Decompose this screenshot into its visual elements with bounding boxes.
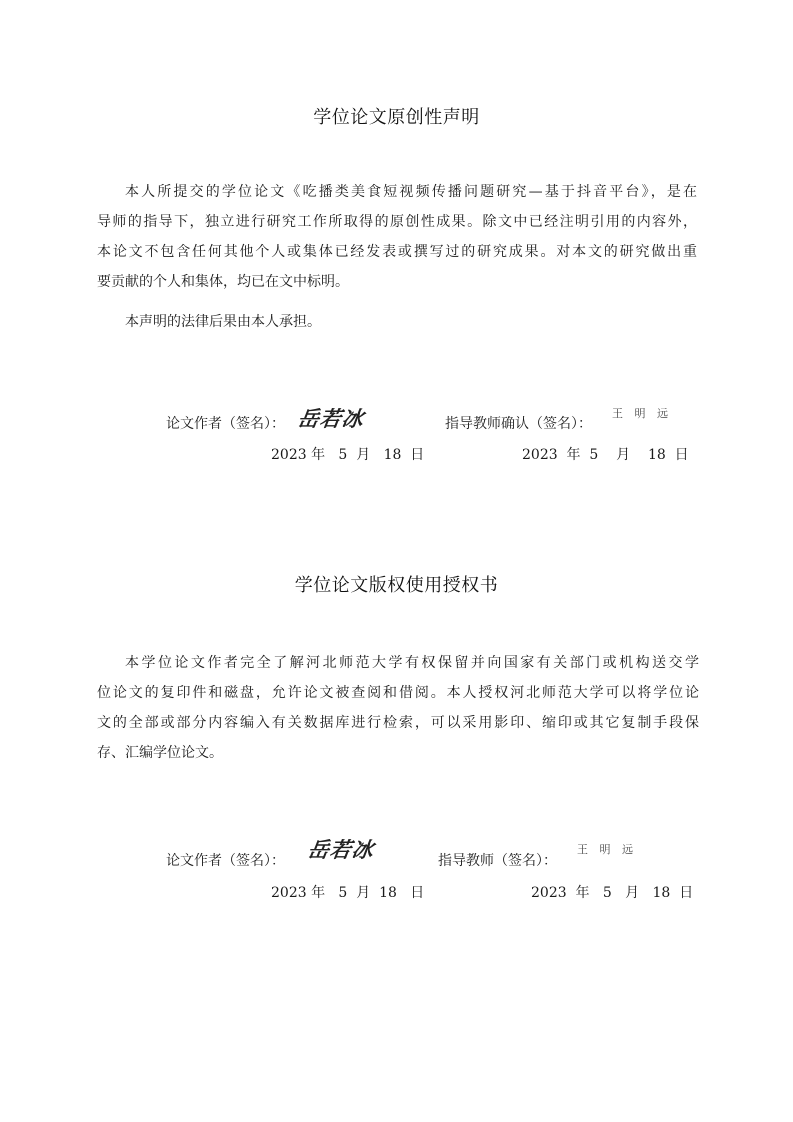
- declaration-line-1: 本人所提交的学位论文《吃播类美食短视频传播问题研究—基于抖音平台》，是在: [97, 177, 697, 207]
- declaration-advisor-signature: 王 明 远: [612, 405, 672, 421]
- declaration-author-date: 2023 年 5 月 18 日: [271, 444, 424, 464]
- declaration-advisor-sign-label: 指导教师确认（签名）：: [445, 413, 592, 433]
- declaration-line-3: 本论文不包含任何其他个人或集体已经发表或撰写过的研究成果。对本文的研究做出重: [97, 237, 697, 267]
- authorization-line-3: 文的全部或部分内容编入有关数据库进行检索，可以采用影印、缩印或其它复制手段保: [97, 708, 699, 738]
- declaration-line-4: 要贡献的个人和集体，均已在文中标明。: [97, 267, 697, 297]
- document-page: 学位论文原创性声明 本人所提交的学位论文《吃播类美食短视频传播问题研究—基于抖音…: [0, 0, 793, 1122]
- declaration-author-sign-label: 论文作者（签名）：: [166, 413, 285, 433]
- authorization-advisor-sign-label: 指导教师（签名）：: [438, 850, 557, 870]
- authorization-line-4: 存、汇编学位论文。: [97, 738, 699, 768]
- authorization-advisor-signature: 王 明 远: [577, 841, 637, 857]
- declaration-legal-paragraph: 本声明的法律后果由本人承担。: [125, 307, 685, 337]
- authorization-author-sign-label: 论文作者（签名）：: [166, 850, 285, 870]
- authorization-author-date: 2023 年 5 月 18 日: [271, 882, 424, 902]
- authorization-paragraph: 本学位论文作者完全了解河北师范大学有权保留并向国家有关部门或机构送交学 位论文的…: [97, 648, 699, 768]
- declaration-legal-line: 本声明的法律后果由本人承担。: [125, 307, 685, 337]
- authorization-author-signature: 岳若冰: [306, 834, 376, 864]
- authorization-title: 学位论文版权使用授权书: [0, 571, 793, 597]
- declaration-line-2: 导师的指导下，独立进行研究工作所取得的原创性成果。除文中已经注明引用的内容外，: [97, 207, 697, 237]
- declaration-author-signature: 岳若冰: [296, 403, 366, 433]
- authorization-line-1: 本学位论文作者完全了解河北师范大学有权保留并向国家有关部门或机构送交学: [97, 648, 699, 678]
- authorization-advisor-date: 2023 年 5 月 18 日: [531, 882, 693, 902]
- declaration-title: 学位论文原创性声明: [0, 103, 793, 129]
- declaration-advisor-date: 2023 年 5 月 18 日: [522, 444, 689, 464]
- declaration-paragraph: 本人所提交的学位论文《吃播类美食短视频传播问题研究—基于抖音平台》，是在 导师的…: [97, 177, 697, 297]
- authorization-line-2: 位论文的复印件和磁盘，允许论文被查阅和借阅。本人授权河北师范大学可以将学位论: [97, 678, 699, 708]
